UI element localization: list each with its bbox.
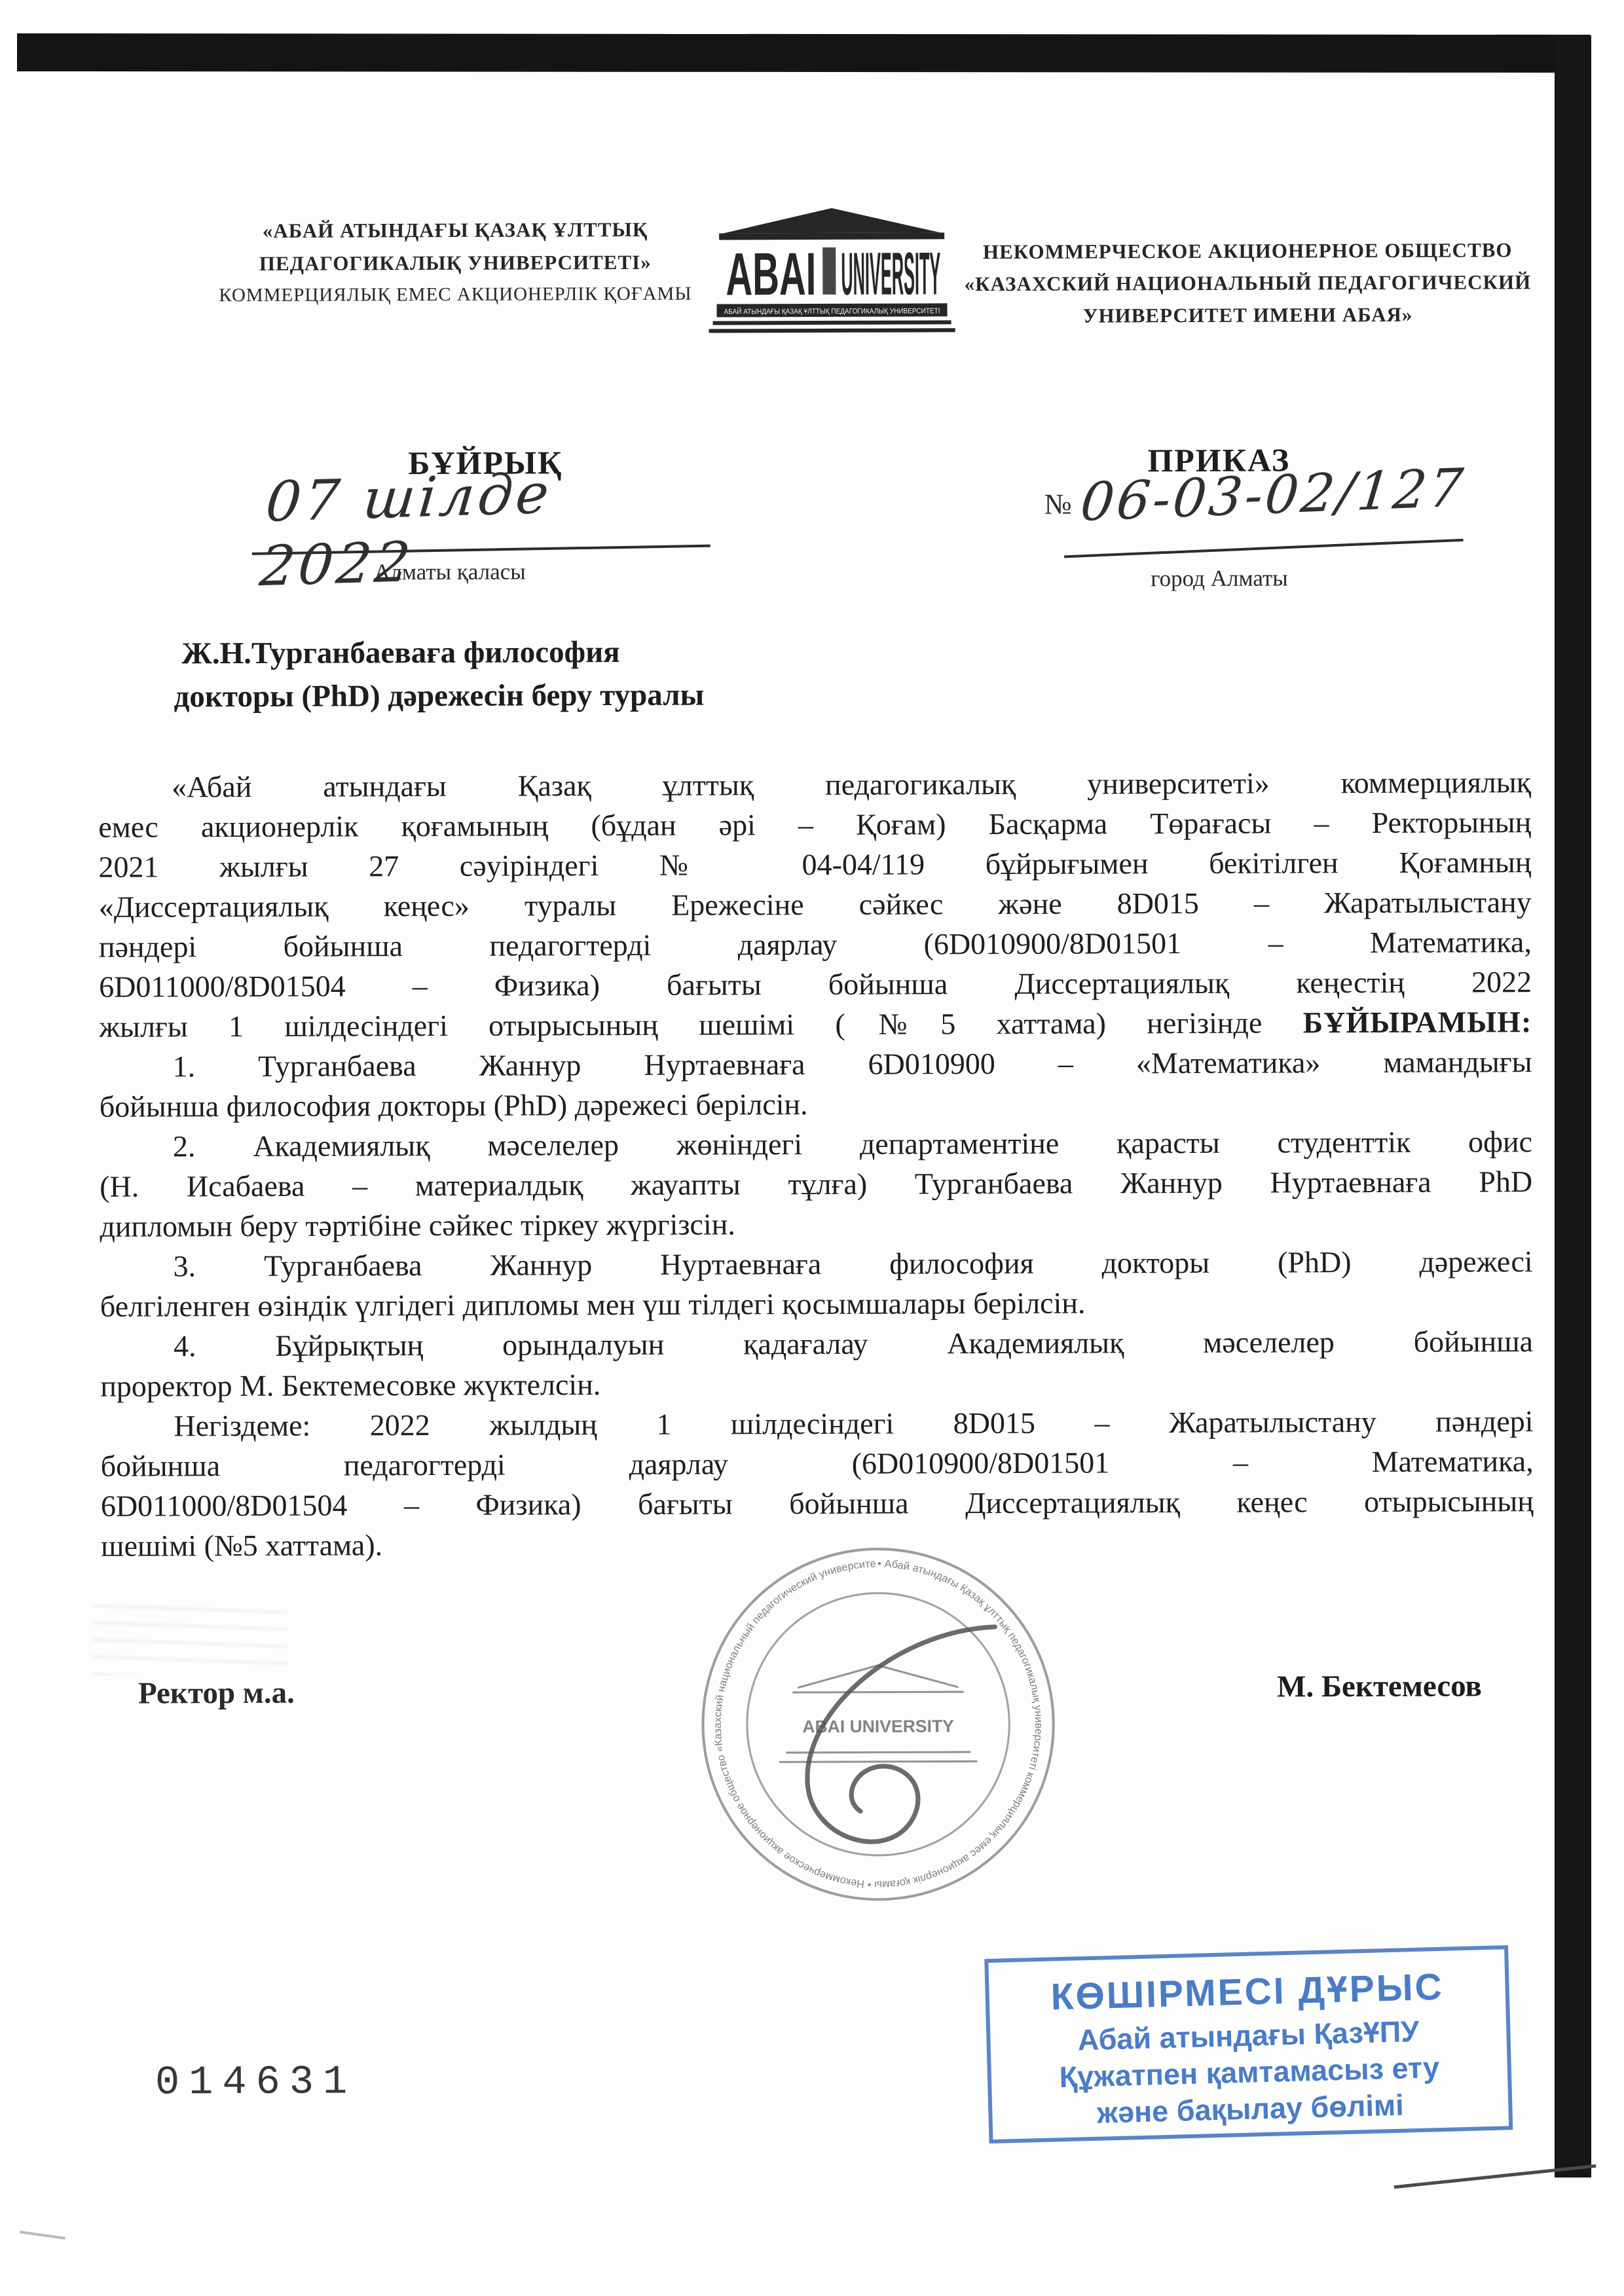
- logo-word-university: UNIVERSITY: [841, 240, 940, 308]
- intro-final-text: жылғы 1 шілдесіндегі отырысының шешімі (…: [99, 1006, 1262, 1044]
- number-underline: [1064, 539, 1464, 558]
- intro-line: 6D011000/8D01504 – Физика) бағыты бойынш…: [99, 962, 1532, 1007]
- org-name-ru-line3: УНИВЕРСИТЕТ ИМЕНИ АБАЯ»: [948, 302, 1548, 328]
- item2-line: дипломын беру тәртібіне сәйкес тіркеу жү…: [100, 1201, 1532, 1247]
- org-name-ru-line2: «КАЗАХСКИЙ НАЦИОНАЛЬНЫЙ ПЕДАГОГИЧЕСКИЙ: [948, 270, 1547, 296]
- order-number-row: № 06-03-02/127: [1044, 464, 1476, 526]
- org-name-kk-line1: «АБАЙ АТЫНДАҒЫ ҚАЗАҚ ҰЛТТЫҚ: [193, 217, 717, 243]
- logo-word-abai: ABAI: [726, 241, 816, 308]
- number-sign: №: [1044, 488, 1071, 520]
- item1-line: бойынша философия докторы (PhD) дәрежесі…: [100, 1082, 1532, 1127]
- city-label-kk: Алматы қаласы: [286, 558, 614, 586]
- org-name-ru-line1: НЕКОММЕРЧЕСКОЕ АКЦИОНЕРНОЕ ОБЩЕСТВО: [948, 238, 1547, 264]
- org-name-kk-line3: КОММЕРЦИЯЛЫҚ ЕМЕС АКЦИОНЕРЛІК ҚОҒАМЫ: [193, 283, 717, 306]
- item2-line: 2. Академиялық мәселелер жөніндегі депар…: [100, 1121, 1532, 1167]
- copy-certification-stamp: КӨШІРМЕСІ ДҰРЫС Абай атындағы ҚазҰПУ Құж…: [984, 1945, 1513, 2143]
- stamp-line1: КӨШІРМЕСІ ДҰРЫС: [989, 1963, 1505, 2020]
- seal-building-icon: [779, 1665, 978, 1762]
- logo-pediment: [723, 208, 940, 233]
- city-label-ru: город Алматы: [1072, 565, 1367, 592]
- order-body: «Абай атындағы Қазақ ұлттық педагогикалы…: [98, 762, 1534, 1566]
- basis-line: бойынша педагогтерді даярлау (6D010900/8…: [101, 1441, 1534, 1486]
- letterhead-russian: НЕКОММЕРЧЕСКОЕ АКЦИОНЕРНОЕ ОБЩЕСТВО «КАЗ…: [948, 238, 1548, 337]
- item3-line: 3. Турганбаева Жаннур Нуртаевнаға филосо…: [100, 1241, 1533, 1286]
- org-name-kk-line2: ПЕДАГОГИКАЛЫҚ УНИВЕРСИТЕТІ»: [193, 250, 717, 276]
- intro-line: пәндері бойынша педагогтерді даярлау (6D…: [99, 922, 1532, 967]
- letterhead-kazakh: «АБАЙ АТЫНДАҒЫ ҚАЗАҚ ҰЛТТЫҚ ПЕДАГОГИКАЛЫ…: [193, 217, 717, 306]
- signer-name: М. Бектемесов: [1050, 1668, 1482, 1705]
- subject-line1: Ж.Н.Турганбаеваға философия: [174, 629, 959, 675]
- logo-subtext: АБАЙ АТЫНДАҒЫ ҚАЗАҚ ҰЛТТЫҚ ПЕДАГОГИКАЛЫҚ…: [724, 306, 940, 316]
- intro-line: «Абай атындағы Қазақ ұлттық педагогикалы…: [98, 762, 1531, 807]
- order-subject: Ж.Н.Турганбаеваға философия докторы (PhD…: [174, 629, 959, 718]
- item4-line: 4. Бұйрықтың орындалуын қадағалау Академ…: [100, 1321, 1533, 1366]
- basis-line: 6D011000/8D01504 – Физика) бағыты бойынш…: [101, 1481, 1534, 1526]
- university-logo-icon: ABAI UNIVERSITY АБАЙ АТЫНДАҒЫ ҚАЗАҚ ҰЛТТ…: [707, 204, 957, 345]
- intro-line-final: жылғы 1 шілдесіндегі отырысының шешімі (…: [99, 1002, 1532, 1047]
- basis-line: Негіздеме: 2022 жылдың 1 шілдесіндегі 8D…: [100, 1401, 1533, 1446]
- item1-line: 1. Турганбаева Жаннур Нуртаевнаға 6D0109…: [99, 1042, 1532, 1087]
- intro-line: 2021 жылғы 27 сәуіріндегі № 04-04/119 бұ…: [98, 842, 1531, 887]
- university-round-seal: • Абай атындағы Қазақ ұлттық педагогикал…: [690, 1537, 1066, 1912]
- document-content: «АБАЙ АТЫНДАҒЫ ҚАЗАҚ ҰЛТТЫҚ ПЕДАГОГИКАЛЫ…: [0, 0, 1624, 2296]
- handwritten-order-number: 06-03-02/127: [1078, 457, 1468, 533]
- form-serial-number: 014631: [155, 2058, 356, 2105]
- order-verb: БҰЙЫРАМЫН:: [1303, 1005, 1532, 1039]
- item4-line: проректор М. Бектемесовке жүктелсін.: [100, 1361, 1533, 1406]
- signer-position: Ректор м.а.: [138, 1675, 295, 1711]
- subject-line2: докторы (PhD) дәрежесін беру туралы: [174, 672, 959, 718]
- scanned-order-document: «АБАЙ АТЫНДАҒЫ ҚАЗАҚ ҰЛТТЫҚ ПЕДАГОГИКАЛЫ…: [0, 0, 1624, 2296]
- item3-line: белгіленген өзіндік үлгідегі дипломы мен…: [100, 1281, 1533, 1326]
- intro-line: емес акционерлік қоғамының (бұдан әрі – …: [98, 802, 1531, 847]
- item2-line: (Н. Исабаева – материалдық жауапты тұлға…: [100, 1161, 1532, 1207]
- intro-line: «Диссертациялық кеңес» туралы Ережесіне …: [99, 882, 1532, 927]
